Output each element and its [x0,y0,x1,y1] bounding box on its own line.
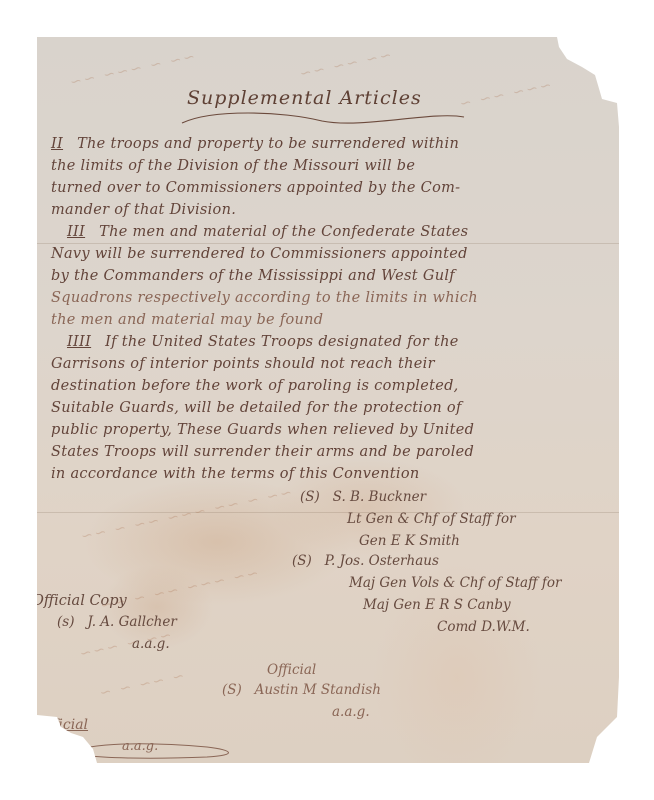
signature-name: J. A. Gallcher [87,614,176,630]
article-2-line-2: the limits of the Division of the Missou… [51,159,415,174]
signature-name: Austin M Standish [255,682,381,698]
signature-buckner-title-2: Gen E K Smith [359,533,460,549]
signature-osterhaus: (S) P. Jos. Osterhaus [292,553,439,569]
official-copy-signature: (s) J. A. Gallcher [57,614,177,630]
article-4-line-5: public property, These Guards when relie… [51,423,474,438]
bleed-through-marks: ~ ~~ ~ ~ [96,668,185,702]
article-2-line-4: mander of that Division. [51,203,236,218]
signature-mark: (s) [57,614,74,630]
signature-mark: (S) [222,682,242,698]
article-4-line-1: IIIIIf the United States Troops designat… [67,335,459,350]
signature-name: S. B. Buckner [333,489,426,505]
signature-mark: (S) [300,489,320,505]
fold-crease-middle [37,512,619,513]
official-signature: (S) Austin M Standish [222,682,381,698]
bleed-through-marks: ~~ ~~ ~~ [296,47,393,82]
signature-osterhaus-title-3: Comd D.W.M. [437,619,530,635]
signature-osterhaus-title-1: Maj Gen Vols & Chf of Staff for [349,575,561,591]
article-4-line-6: States Troops will surrender their arms … [51,445,474,460]
bottom-official-label: Official [37,717,88,733]
official-copy-label: Official Copy [32,593,127,609]
signature-mark: (S) [292,553,312,569]
article-3-line-2: Navy will be surrendered to Commissioner… [51,247,468,262]
bottom-flourish-icon [57,737,257,761]
bleed-through-marks: ~~ ~ ~~ ~~~ ~~ ~ ~~ [78,485,294,546]
article-3-line-1: IIIThe men and material of the Confedera… [67,225,468,240]
manuscript-page: ~~ ~ ~~~ ~~ ~~ ~~ ~~ ~~~ ~~ ~ ~~ ~ ~~ ~~… [37,37,619,763]
official-copy-rank: a.a.g. [132,636,170,652]
article-4-line-2: Garrisons of interior points should not … [51,357,435,372]
article-3-numeral: III [67,225,85,240]
article-4-line-7: in accordance with the terms of this Con… [51,467,420,482]
article-4-numeral: IIII [67,335,91,350]
document-title: Supplemental Articles [187,87,422,109]
signature-name: P. Jos. Osterhaus [325,553,439,569]
title-flourish-icon [172,107,472,127]
signature-osterhaus-title-2: Maj Gen E R S Canby [363,597,511,613]
article-3-line-5: the men and material may be found [51,313,323,328]
official-label: Official [267,662,316,678]
bleed-through-marks: ~~ ~ ~~~ ~~ [67,49,197,92]
signature-buckner-title-1: Lt Gen & Chf of Staff for [347,511,516,527]
article-2-line-3: turned over to Commissioners appointed b… [51,181,460,196]
article-4-line-4: Suitable Guards, will be detailed for th… [51,401,462,416]
article-4-line-3: destination before the work of paroling … [51,379,459,394]
article-3-line-4: Squadrons respectively according to the … [51,291,478,306]
article-3-line-3: by the Commanders of the Mississippi and… [51,269,455,284]
article-2-line-1: IIThe troops and property to be surrende… [51,137,459,152]
official-rank: a.a.g. [332,704,370,720]
article-2-numeral: II [51,137,63,152]
signature-buckner: (S) S. B. Buckner [300,489,426,505]
fold-crease-upper [37,243,619,244]
